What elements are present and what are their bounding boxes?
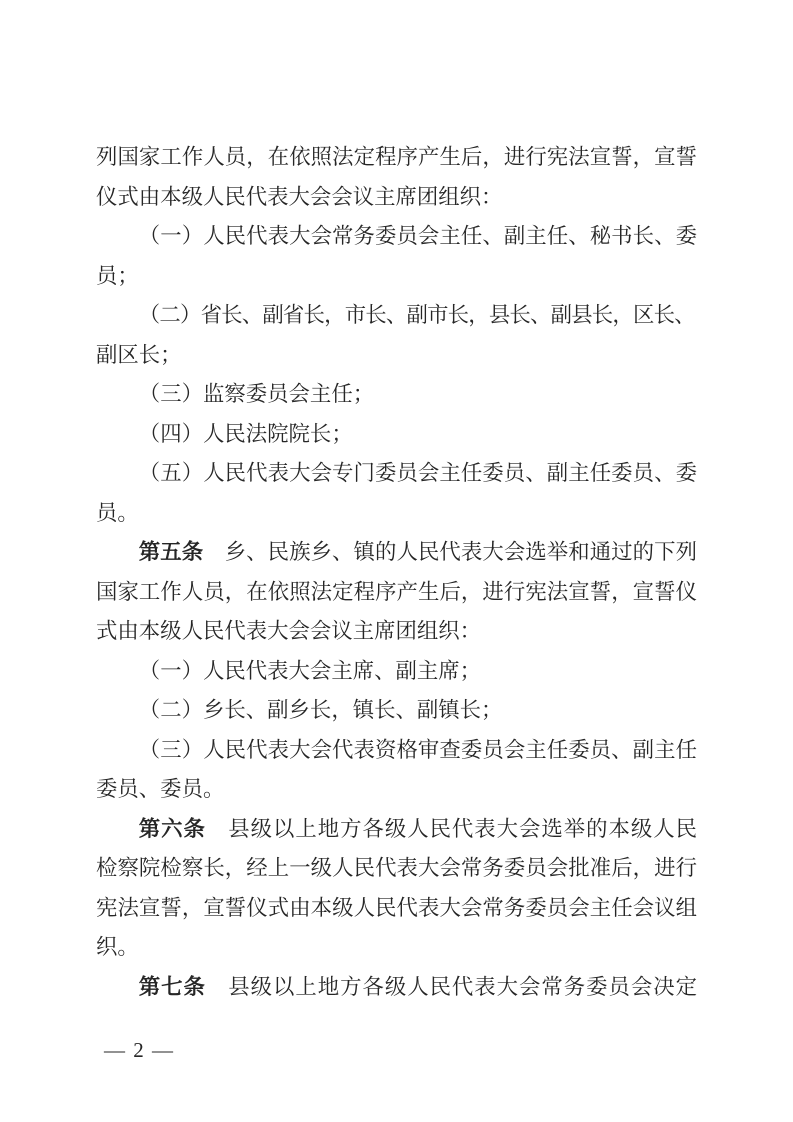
article-number: 第六条 — [139, 817, 206, 841]
text-line: 第六条 县级以上地方各级人民代表大会选举的本级人民 — [96, 810, 697, 850]
text-line: 委员、委员。 — [96, 770, 697, 810]
text-line: 检察院检察长，经上一级人民代表大会常务委员会批准后，进行 — [96, 849, 697, 889]
document-body: 列国家工作人员，在依照法定程序产生后，进行宪法宣誓，宣誓仪式由本级人民代表大会会… — [96, 138, 697, 1007]
text-line: 员； — [96, 257, 697, 297]
text-line: （五）人民代表大会专门委员会主任委员、副主任委员、委 — [96, 454, 697, 494]
text-line: （一）人民代表大会常务委员会主任、副主任、秘书长、委 — [96, 217, 697, 257]
text-line: （四）人民法院院长； — [96, 415, 697, 455]
text-line: 员。 — [96, 494, 697, 534]
text-line: 第五条 乡、民族乡、镇的人民代表大会选举和通过的下列 — [96, 533, 697, 573]
text-line: 列国家工作人员，在依照法定程序产生后，进行宪法宣誓，宣誓 — [96, 138, 697, 178]
text-line: 国家工作人员，在依照法定程序产生后，进行宪法宣誓，宣誓仪 — [96, 573, 697, 613]
article-number: 第五条 — [139, 540, 203, 564]
page-number: — 2 — — [104, 1034, 175, 1066]
text-line: （三）人民代表大会代表资格审查委员会主任委员、副主任 — [96, 731, 697, 771]
text-line: 织。 — [96, 928, 697, 968]
text-line: （二）省长、副省长，市长、副市长，县长、副县长，区长、 — [96, 296, 697, 336]
text-line: 副区长； — [96, 336, 697, 376]
text-line: （三）监察委员会主任； — [96, 375, 697, 415]
document-page: 列国家工作人员，在依照法定程序产生后，进行宪法宣誓，宣誓仪式由本级人民代表大会会… — [0, 0, 793, 1122]
article-number: 第七条 — [139, 975, 206, 999]
text-line: （二）乡长、副乡长，镇长、副镇长； — [96, 691, 697, 731]
text-line: 式由本级人民代表大会会议主席团组织： — [96, 612, 697, 652]
text-line: （一）人民代表大会主席、副主席； — [96, 652, 697, 692]
text-line: 仪式由本级人民代表大会会议主席团组织： — [96, 178, 697, 218]
text-line: 宪法宣誓，宣誓仪式由本级人民代表大会常务委员会主任会议组 — [96, 889, 697, 929]
text-line: 第七条 县级以上地方各级人民代表大会常务委员会决定 — [96, 968, 697, 1008]
